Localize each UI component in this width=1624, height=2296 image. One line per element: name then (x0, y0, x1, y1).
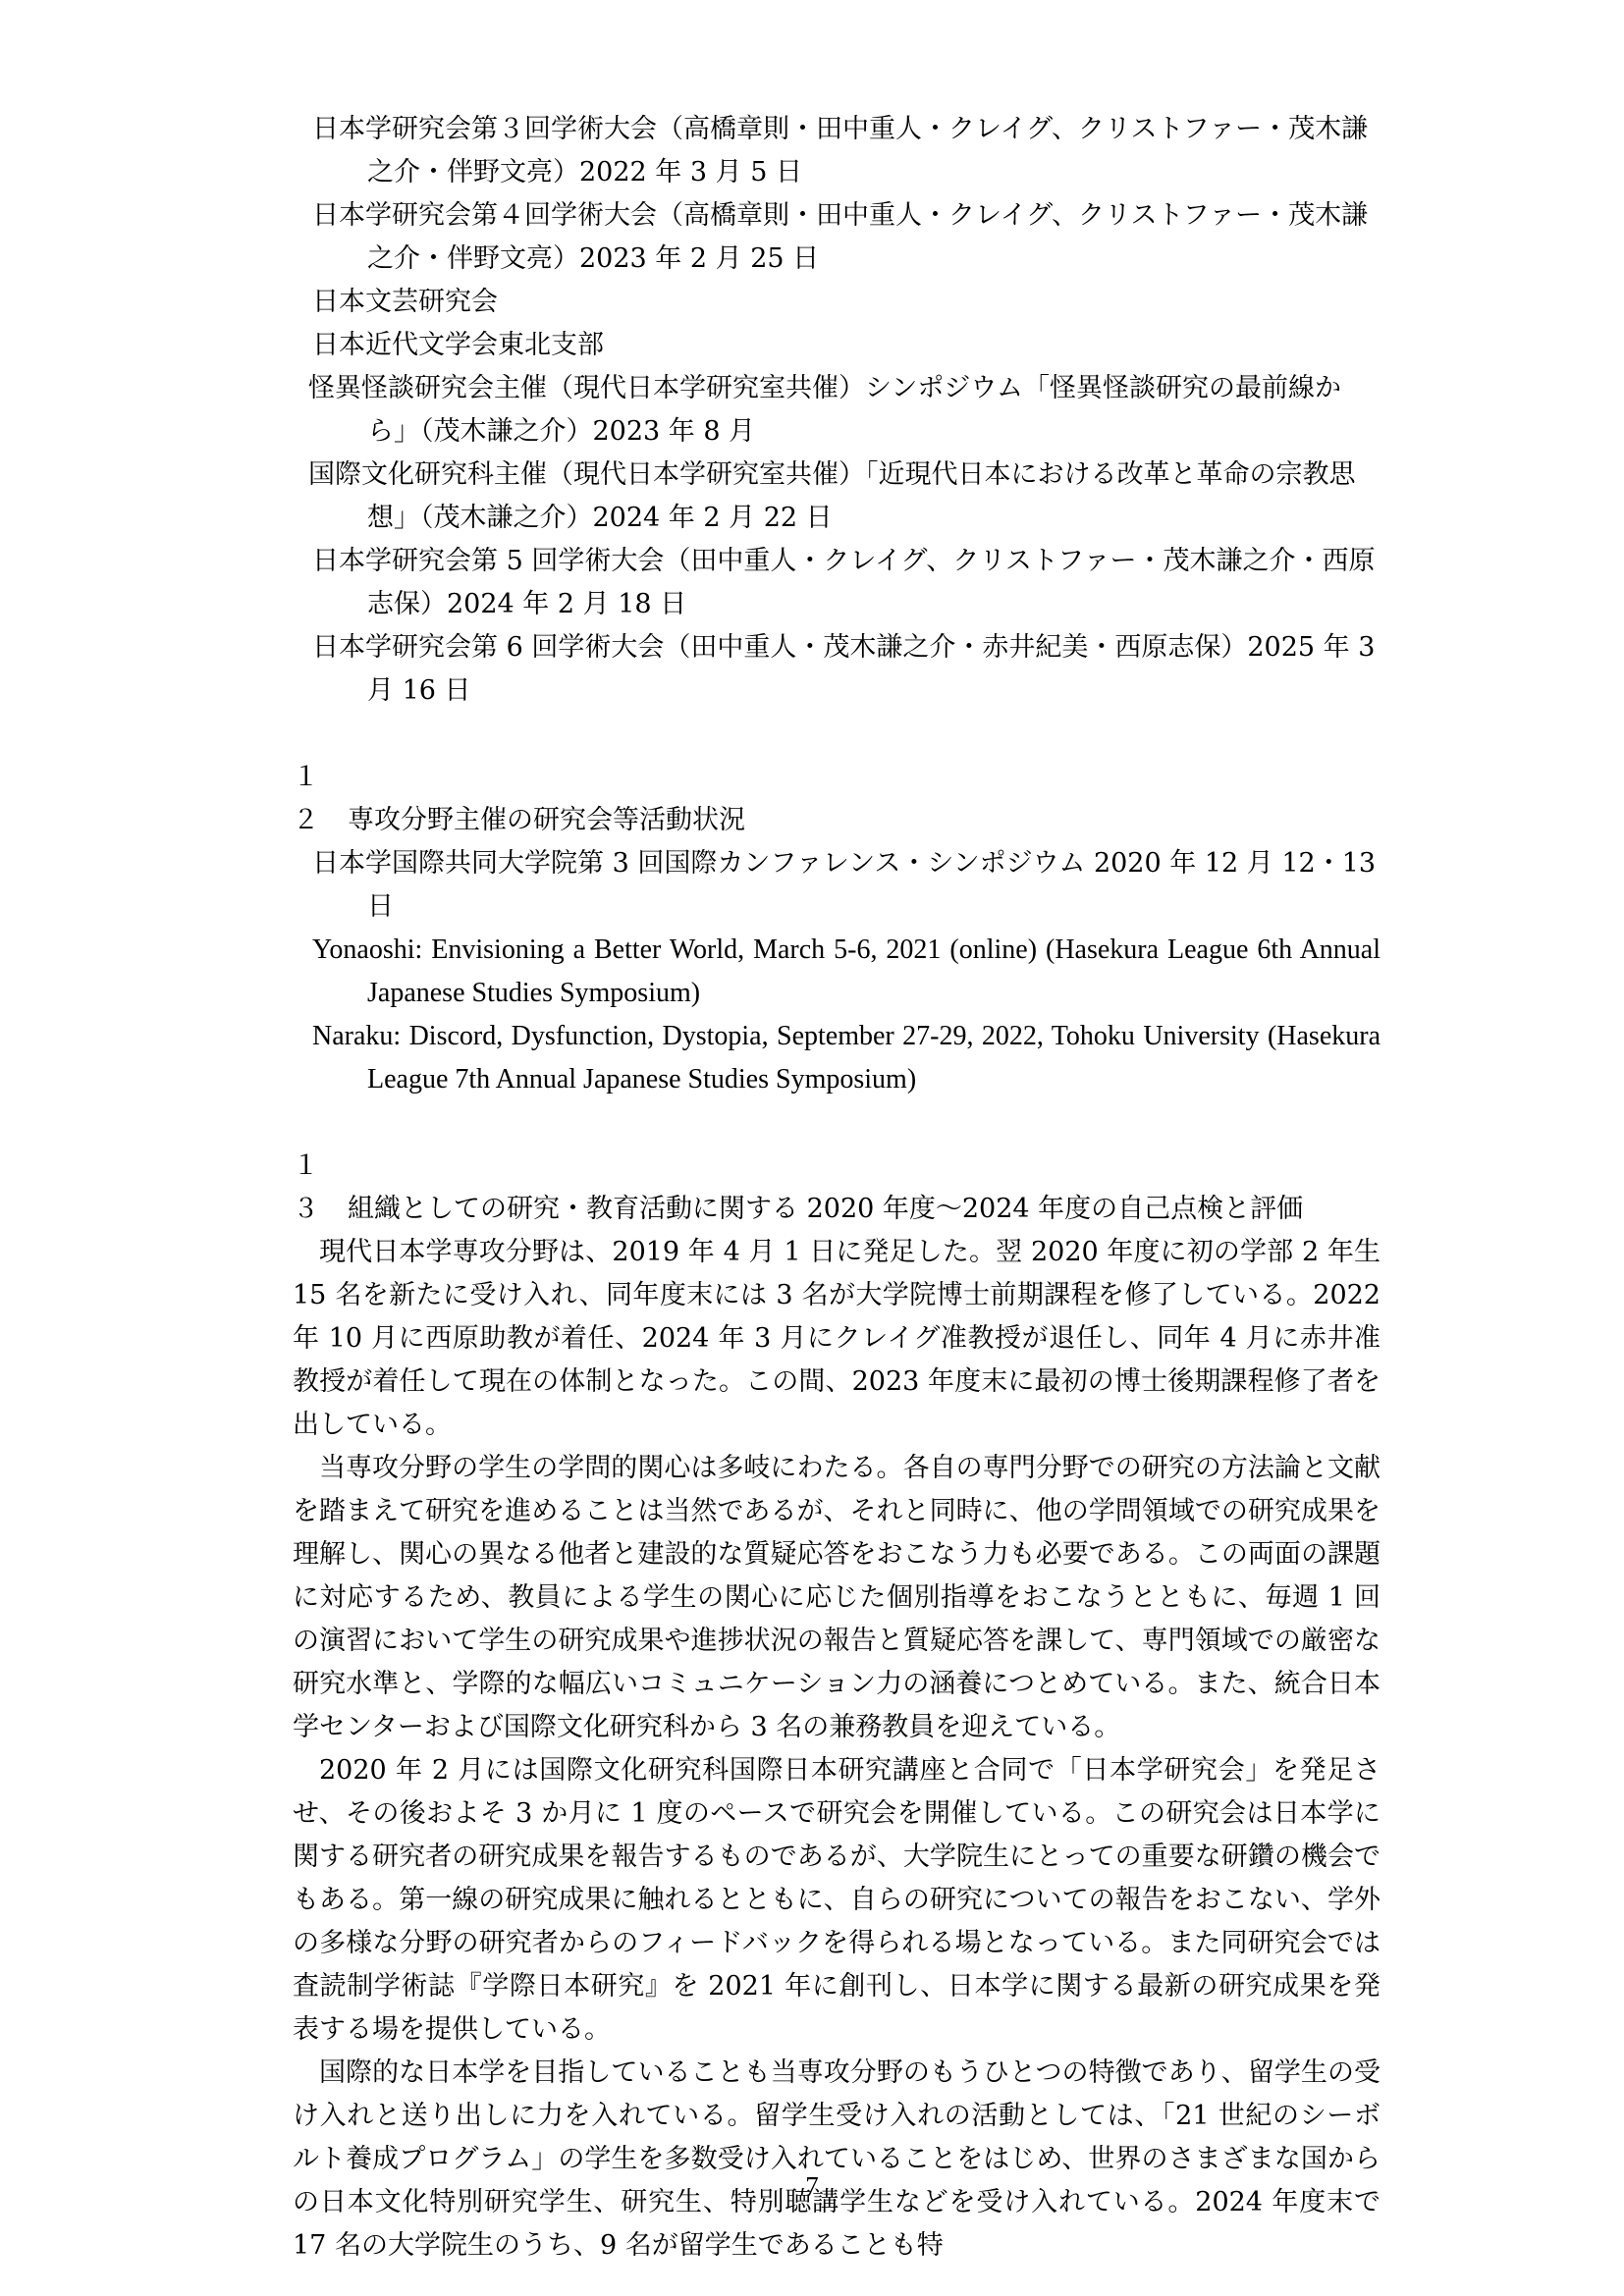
list-item: 日本文芸研究会 (291, 281, 1380, 324)
body-paragraph: 2020 年 2 月には国際文化研究科国際日本研究講座と合同で「日本学研究会」を… (293, 1749, 1380, 2052)
event-list: 日本学研究会第３回学術大会（高橋章則・田中重人・クレイグ、クリストファー・茂木謙… (293, 108, 1380, 713)
section-title: 組織としての研究・教育活動に関する 2020 年度～2024 年度の自己点検と評… (348, 1194, 1303, 1224)
list-item: 国際文化研究科主催（現代日本学研究室共催）「近現代日本における改革と革命の宗教思… (291, 454, 1380, 540)
section-number: １３ (293, 1145, 348, 1231)
section-12: １２専攻分野主催の研究会等活動状況 日本学国際共同大学院第 3 回国際カンファレ… (293, 756, 1380, 1101)
page-number: 7 (0, 2171, 1624, 2202)
body-paragraph: 当専攻分野の学生の学問的関心は多岐にわたる。各自の専門分野での研究の方法論と文献… (293, 1447, 1380, 1749)
body-paragraph: 現代日本学専攻分野は、2019 年 4 月 1 日に発足した。翌 2020 年度… (293, 1231, 1380, 1447)
section-13: １３組織としての研究・教育活動に関する 2020 年度～2024 年度の自己点検… (293, 1145, 1380, 2268)
list-item: 日本学国際共同大学院第 3 回国際カンファレンス・シンポジウム 2020 年 1… (291, 842, 1380, 929)
list-item: 怪異怪談研究会主催（現代日本学研究室共催）シンポジウム「怪異怪談研究の最前線から… (291, 367, 1380, 454)
list-item: Naraku: Discord, Dysfunction, Dystopia, … (291, 1015, 1380, 1101)
section-title: 専攻分野主催の研究会等活動状況 (348, 805, 745, 835)
list-item: 日本学研究会第 6 回学術大会（田中重人・茂木謙之介・赤井紀美・西原志保）202… (291, 626, 1380, 713)
section-heading: １２専攻分野主催の研究会等活動状況 (293, 756, 1380, 842)
list-item: 日本学研究会第３回学術大会（高橋章則・田中重人・クレイグ、クリストファー・茂木謙… (291, 108, 1380, 194)
spacer (293, 713, 1380, 756)
list-item: 日本近代文学会東北支部 (291, 324, 1380, 367)
document-page: 日本学研究会第３回学術大会（高橋章則・田中重人・クレイグ、クリストファー・茂木謙… (293, 108, 1380, 2268)
list-item: Yonaoshi: Envisioning a Better World, Ma… (291, 929, 1380, 1015)
spacer (293, 1101, 1380, 1145)
section-number: １２ (293, 756, 348, 842)
list-item: 日本学研究会第４回学術大会（高橋章則・田中重人・クレイグ、クリストファー・茂木謙… (291, 194, 1380, 281)
body-paragraph: 国際的な日本学を目指していることも当専攻分野のもうひとつの特徴であり、留学生の受… (293, 2052, 1380, 2268)
list-item: 日本学研究会第 5 回学術大会（田中重人・クレイグ、クリストファー・茂木謙之介・… (291, 540, 1380, 626)
section-heading: １３組織としての研究・教育活動に関する 2020 年度～2024 年度の自己点検… (293, 1145, 1380, 1231)
